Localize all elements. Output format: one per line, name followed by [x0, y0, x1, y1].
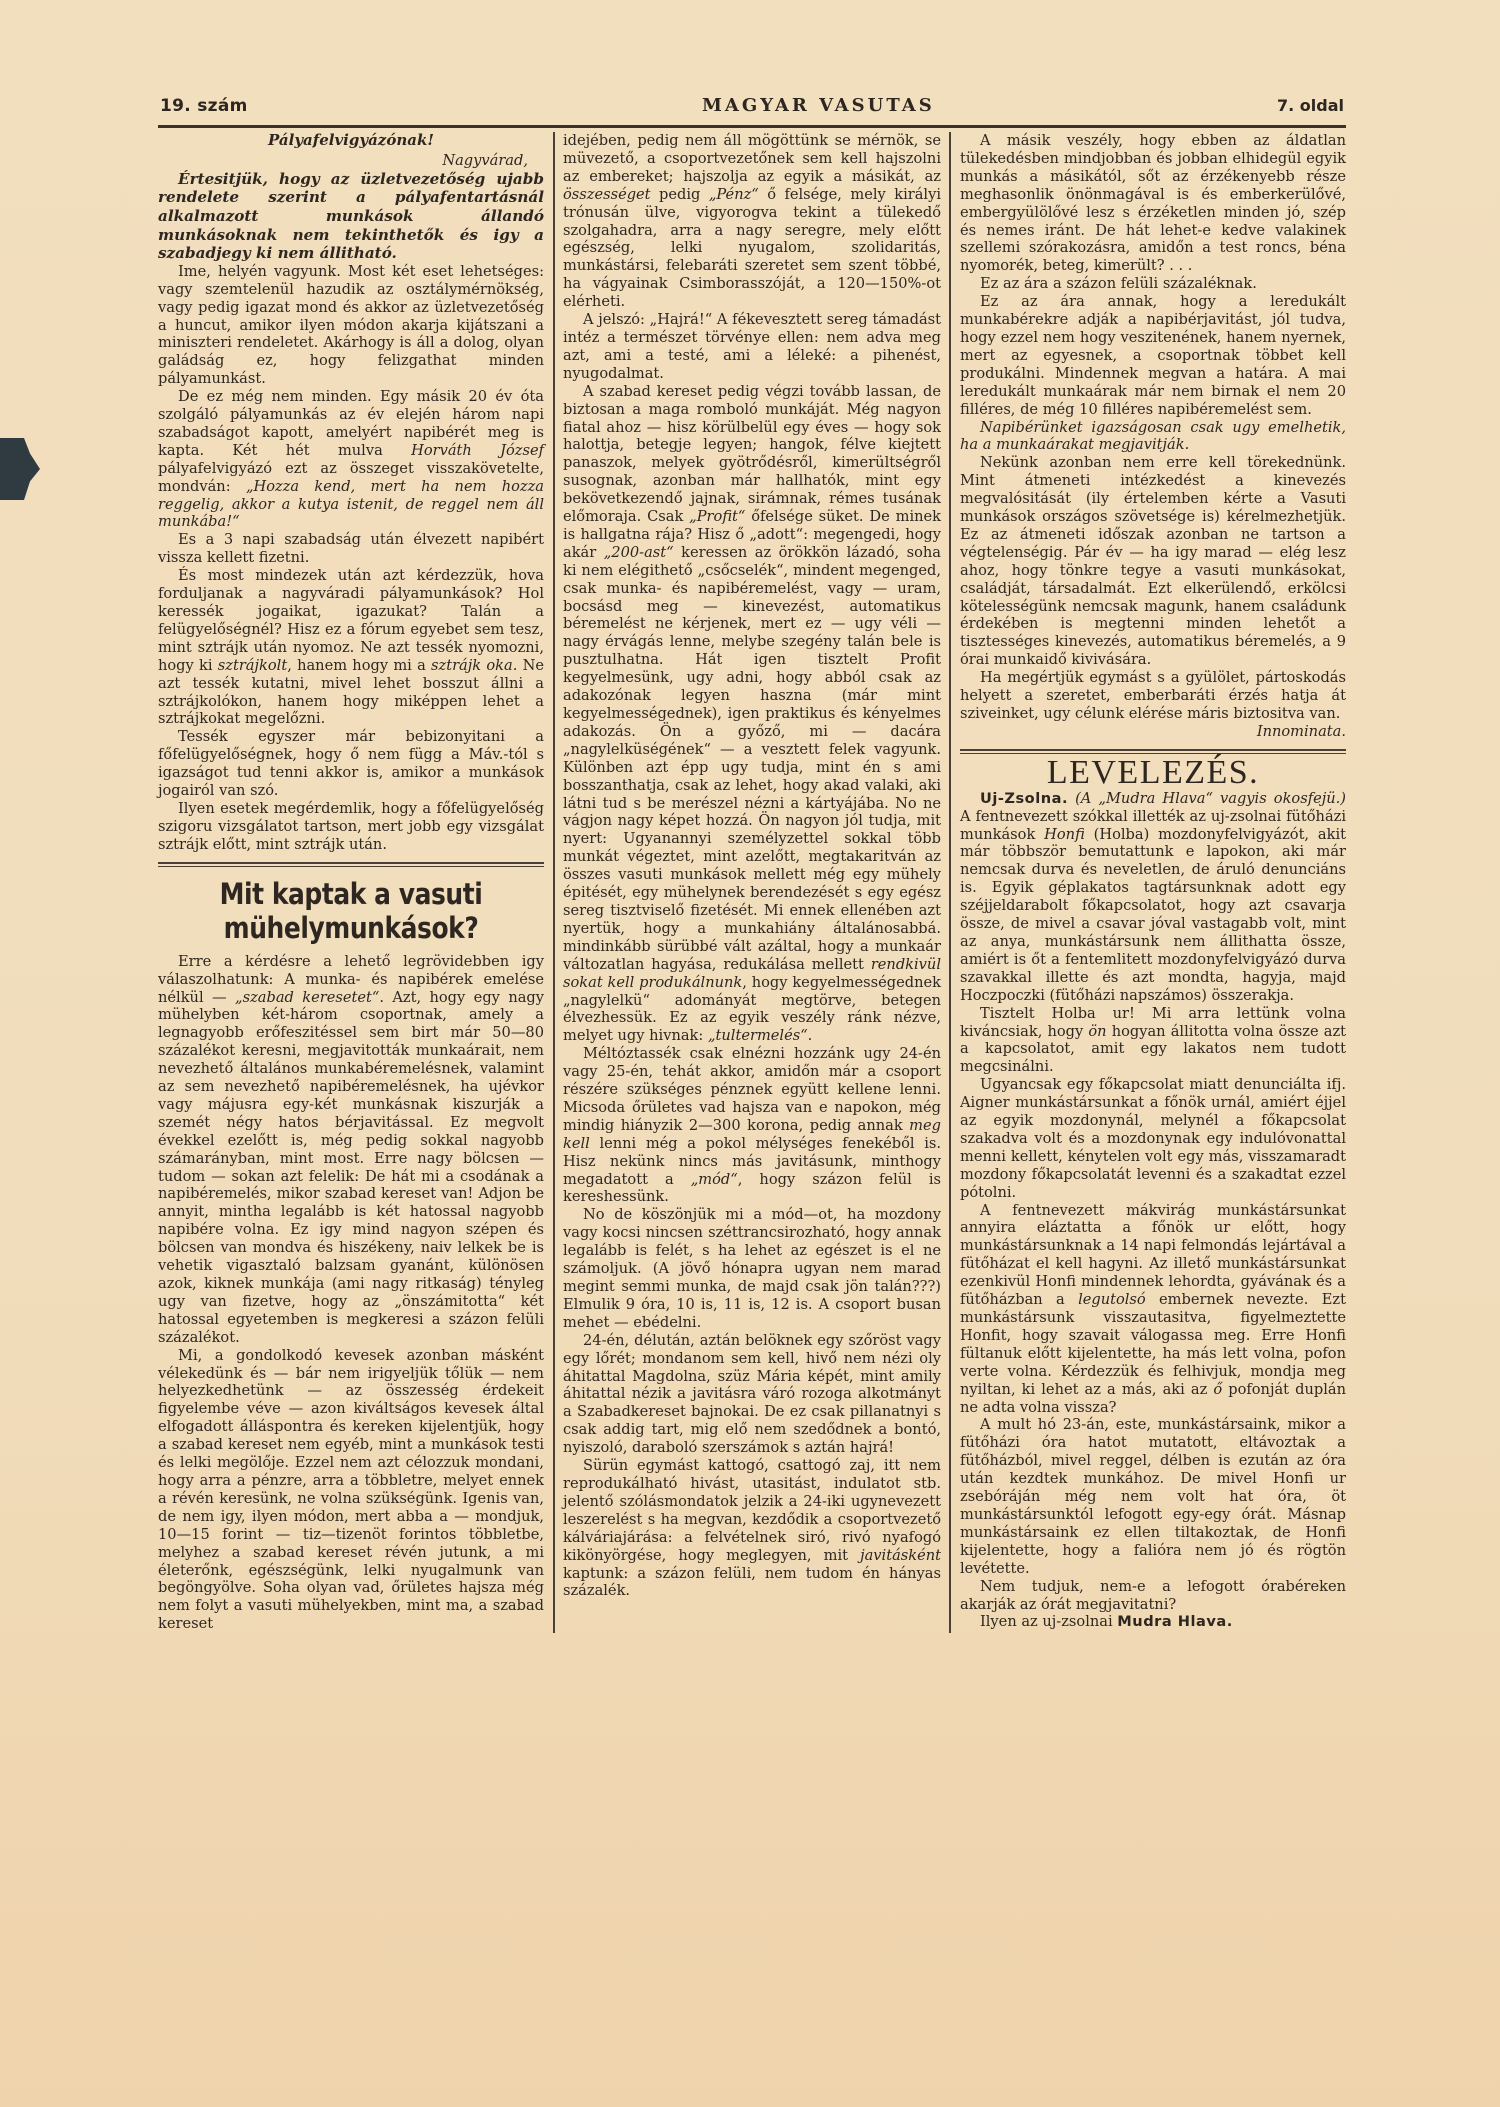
paragraph: Mi, a gondolkodó kevesek azonban másként…	[158, 1347, 544, 1634]
masthead-rule	[158, 125, 1346, 128]
paragraph: A mult hó 23-án, este, munkástársaink, m…	[960, 1416, 1346, 1577]
paragraph: És most mindezek után azt kérdezzük, hov…	[158, 567, 544, 728]
newspaper-title: MAGYAR VASUTAS	[702, 95, 935, 116]
article-headline: Mit kaptak a vasuti mühelymunkások?	[185, 877, 517, 945]
paragraph: A fentnevezett mákvirág munkástársunkat …	[960, 1202, 1346, 1417]
paragraph: Ugyancsak egy főkapcsolat miatt denunciá…	[960, 1076, 1346, 1201]
paragraph: Sürün egymást kattogó, csattogó zaj, itt…	[563, 1457, 941, 1600]
column-right: A másik veszély, hogy ebben az áldatlan …	[960, 132, 1346, 1633]
article-divider	[158, 862, 544, 867]
paragraph: Ez az ára a százon felüli százaléknak.	[960, 275, 1346, 293]
binder-hole-shadow	[0, 438, 40, 500]
paragraph: Tisztelt Holba ur! Mi arra lettünk volna…	[960, 1005, 1346, 1077]
paragraph: 24-én, délután, aztán belöknek egy szőrö…	[563, 1332, 941, 1457]
paragraph: A szabad kereset pedig végzi tovább lass…	[563, 383, 941, 1046]
paragraph: Uj-Zsolna. (A „Mudra Hlava“ vagyis okosf…	[960, 790, 1346, 1005]
paragraph: A jelszó: „Hajrá!“ A fékevesztett sereg …	[563, 311, 941, 383]
paragraph: De ez még nem minden. Egy másik 20 év ót…	[158, 388, 544, 531]
paragraph-emphasis: Napibérünket igazságosan csak ugy emelhe…	[960, 419, 1346, 455]
dateline: Uj-Zsolna.	[980, 790, 1068, 807]
paragraph: Ez az ára annak, hogy a leredukált munka…	[960, 293, 1346, 418]
notice-title: Pályafelvigyázónak!	[158, 132, 544, 150]
signature: Innominata.	[1237, 723, 1346, 741]
paragraph: Ha megértjük egymást s a gyülölet, párto…	[960, 669, 1346, 723]
paragraph: Nem tudjuk, nem-e a lefogott órabéreken …	[960, 1578, 1346, 1614]
paragraph: Nekünk azonban nem erre kell törekednünk…	[960, 454, 1346, 669]
columns: Pályafelvigyázónak! Nagyvárad, Értesitjü…	[158, 132, 1346, 1633]
paragraph: idejében, pedig nem áll mögöttünk se mér…	[563, 132, 941, 311]
person-name: Horváth József	[411, 442, 544, 459]
section-title: LEVELEZÉS.	[960, 764, 1346, 782]
issue-number: 19. szám	[160, 96, 248, 116]
notice-place: Nagyvárad,	[158, 152, 544, 170]
paragraph: Méltóztassék csak elnézni hozzánk ugy 24…	[563, 1045, 941, 1206]
masthead: 19. szám MAGYAR VASUTAS 7. oldal	[158, 95, 1346, 123]
paragraph: Ime, helyén vagyunk. Most két eset lehet…	[158, 263, 544, 388]
page-number: 7. oldal	[1277, 96, 1344, 115]
newspaper-page: 19. szám MAGYAR VASUTAS 7. oldal Pályafe…	[158, 95, 1346, 1633]
paragraph: Ilyen az uj-zsolnai Mudra Hlava.	[960, 1613, 1346, 1631]
paragraph: No de köszönjük mi a mód—ot, ha mozdony …	[563, 1206, 941, 1331]
column-middle: idejében, pedig nem áll mögöttünk se mér…	[553, 132, 951, 1633]
paragraph: Erre a kérdésre a lehető legrövidebben i…	[158, 953, 544, 1347]
column-left: Pályafelvigyázónak! Nagyvárad, Értesitjü…	[158, 132, 544, 1633]
notice-body: Értesitjük, hogy az üzletvezetőség ujabb…	[158, 170, 544, 263]
paragraph: Ilyen esetek megérdemlik, hogy a főfelüg…	[158, 800, 544, 854]
paragraph: Tessék egyszer már bebizonyitani a főfel…	[158, 728, 544, 800]
paragraph: Es a 3 napi szabadság után élvezett napi…	[158, 531, 544, 567]
paragraph: A másik veszély, hogy ebben az áldatlan …	[960, 132, 1346, 275]
